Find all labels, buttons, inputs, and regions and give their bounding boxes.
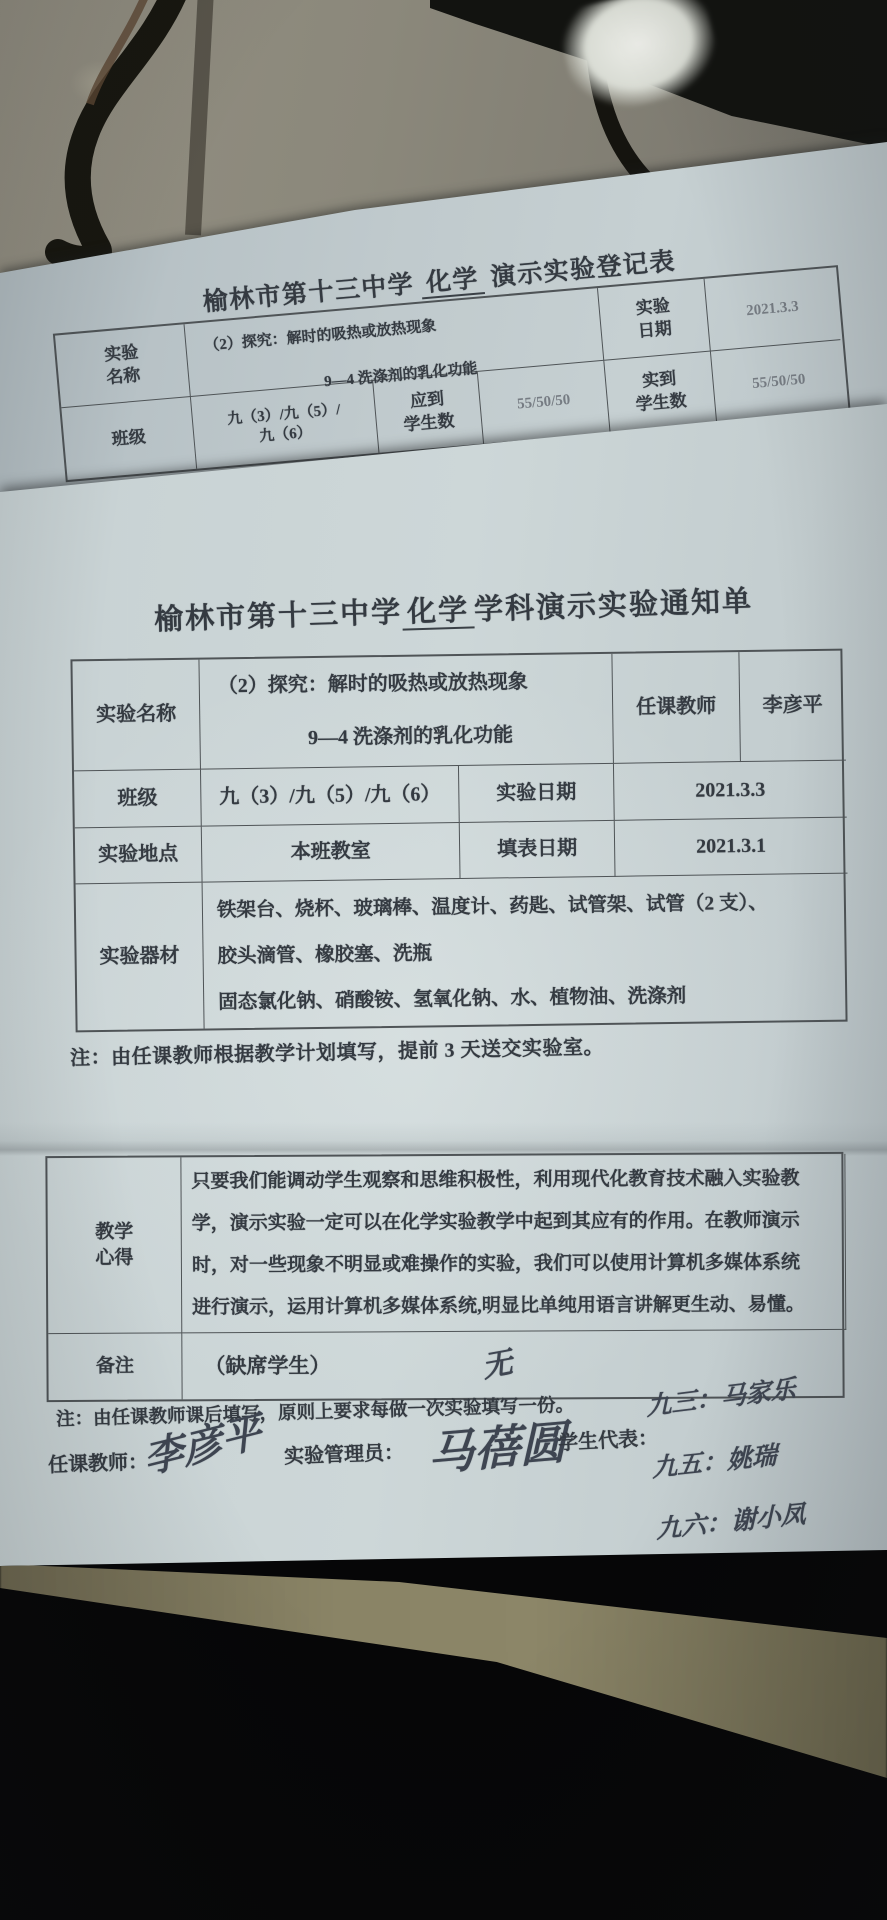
reflection-line3: 时，对一些现象不明显或难操作的实验，我们可以使用计算机多媒体系统 xyxy=(192,1242,800,1287)
remark-label: 备注 xyxy=(96,1354,134,1380)
ntf-teacher-value: 李彦平 xyxy=(762,692,822,720)
reflection-line2: 学，演示实验一定可以在化学实验教学中起到其应有的作用。在教师演示 xyxy=(192,1200,800,1245)
reflection-label-line1: 教学 xyxy=(95,1219,133,1245)
ntf-location-label-cell: 实验地点 xyxy=(75,827,203,885)
notification-table: 实验名称 （2）探究：解时的吸热或放热现象 9—4 洗涤剂的乳化功能 任课教师 … xyxy=(70,649,847,1033)
ntf-equipment-line3: 固态氯化钠、硝酸铵、氢氧化钠、水、植物油、洗涤剂 xyxy=(218,974,687,1027)
ntf-equipment-label-cell: 实验器材 xyxy=(76,883,205,1031)
ntf-filldate-label: 填表日期 xyxy=(497,835,577,863)
ntf-equipment-label: 实验器材 xyxy=(99,942,179,970)
ntf-name-value-line2: 9—4 洗涤剂的乳化功能 xyxy=(308,722,513,752)
ntf-class-label: 班级 xyxy=(117,785,157,813)
ntf-location-label: 实验地点 xyxy=(98,841,178,869)
ntf-name-label: 实验名称 xyxy=(96,701,176,729)
remark-label-cell: 备注 xyxy=(48,1333,182,1400)
ntf-class-value-cell: 九（3）/九（5）/九（6） xyxy=(201,766,460,827)
ntf-expdate-value-cell: 2021.3.3 xyxy=(614,761,847,821)
ntf-equipment-value-cell: 铁架台、烧杯、玻璃棒、温度计、药匙、试管架、试管（2 支）、 胶头滴管、橡胶塞、… xyxy=(203,874,850,1029)
reflection-line1: 只要我们能调动学生观察和思维积极性，利用现代化教育技术融入实验教 xyxy=(191,1158,799,1203)
remark-value: （缺席学生） xyxy=(204,1351,330,1380)
ntf-teacher-value-cell: 李彦平 xyxy=(739,651,846,762)
admin-signature: 马蓓圆 xyxy=(428,1406,567,1484)
reflection-table: 教学 心得 只要我们能调动学生观察和思维积极性，利用现代化教育技术融入实验教 学… xyxy=(45,1152,844,1402)
photo-of-lab-forms: 榆林市第十三中学化学演示实验登记表 实验 名称 （2）探究：解时的吸热或放热现象… xyxy=(0,0,887,1920)
ntf-filldate-label-cell: 填表日期 xyxy=(460,821,616,879)
ntf-expdate-label: 实验日期 xyxy=(496,779,576,807)
reflection-text-cell: 只要我们能调动学生观察和思维积极性，利用现代化教育技术融入实验教 学，演示实验一… xyxy=(181,1154,846,1333)
ntf-equipment-line2: 胶头滴管、橡胶塞、洗瓶 xyxy=(217,931,432,980)
admin-signature-label: 实验管理员： xyxy=(284,1436,405,1469)
ntf-teacher-label: 任课教师 xyxy=(636,693,716,721)
reflection-line4: 进行演示，运用计算机多媒体系统,明显比单纯用语言讲解更生动、易懂。 xyxy=(192,1284,805,1329)
ntf-filldate-value: 2021.3.1 xyxy=(696,833,766,861)
ntf-name-value-cell: （2）探究：解时的吸热或放热现象 9—4 洗涤剂的乳化功能 xyxy=(199,654,613,770)
ntf-location-value-cell: 本班教室 xyxy=(202,823,461,883)
paper-fold-shadow xyxy=(0,1122,887,1156)
ntf-expdate-label-cell: 实验日期 xyxy=(459,764,615,823)
desk-edge xyxy=(0,1540,887,1920)
ntf-teacher-label-cell: 任课教师 xyxy=(612,652,741,764)
ntf-location-value: 本班教室 xyxy=(290,838,370,866)
ntf-name-value-line1: （2）探究：解时的吸热或放热现象 xyxy=(218,669,528,700)
ntf-equipment-line1: 铁架台、烧杯、玻璃棒、温度计、药匙、试管架、试管（2 支）、 xyxy=(217,881,768,935)
paper2-title-school: 榆林市第十三中学 xyxy=(154,597,403,637)
reflection-label-line2: 心得 xyxy=(95,1245,133,1271)
remark-handwritten-none: 无 xyxy=(479,1343,516,1388)
ntf-filldate-value-cell: 2021.3.1 xyxy=(615,818,848,877)
ntf-class-label-cell: 班级 xyxy=(74,770,202,829)
paper2-title-subject: 化学 xyxy=(402,594,475,630)
students-signature-label: 学生代表： xyxy=(557,1421,658,1455)
teacher-signature-label: 任课教师： xyxy=(48,1445,149,1477)
reflection-label-cell: 教学 心得 xyxy=(47,1157,182,1334)
ntf-name-label-cell: 实验名称 xyxy=(72,660,201,772)
ntf-class-value: 九（3）/九（5）/九（6） xyxy=(219,781,440,811)
paper2-title-suffix: 学科演示实验通知单 xyxy=(474,586,754,627)
dark-floor xyxy=(0,1540,887,1920)
ntf-expdate-value: 2021.3.3 xyxy=(695,776,765,804)
